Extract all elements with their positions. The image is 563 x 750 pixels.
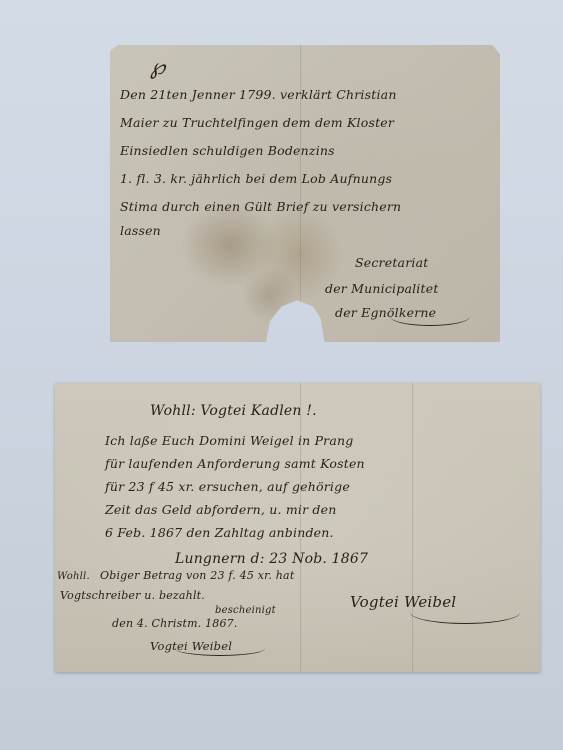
doc2-line-1: Ich laße Euch Domini Weigel in Prang: [105, 433, 353, 448]
doc1-signature-2: der Municipalitet: [325, 281, 439, 296]
doc2-line-3: für 23 f 45 xr. ersuchen, auf gehörige: [105, 479, 350, 494]
doc2-note-1: Obiger Betrag von 23 f. 45 xr. hat: [100, 569, 294, 582]
doc1-signature-1: Secretariat: [355, 255, 428, 270]
doc1-line-1: Den 21ten Jenner 1799. verklärt Christia…: [120, 87, 397, 102]
note-signature-flourish: [175, 641, 265, 656]
document-1799: ℘ Den 21ten Jenner 1799. verklärt Christ…: [110, 45, 500, 342]
doc2-note-margin: Wohll.: [57, 571, 90, 582]
doc2-note-2: Vogtschreiber u. bezahlt.: [60, 589, 205, 602]
doc2-salutation: Wohll: Vogtei Kadlen !.: [150, 403, 317, 419]
doc1-line-2: Maier zu Truchtelfingen dem dem Kloster: [120, 115, 394, 130]
doc2-date-line: Lungnern d: 23 Nob. 1867: [175, 551, 368, 567]
doc1-line-6: lassen: [120, 223, 161, 238]
doc2-line-2: für laufenden Anforderung samt Kosten: [105, 456, 365, 471]
doc2-line-4: Zeit das Geld abfordern, u. mir den: [105, 502, 336, 517]
doc2-note-3: bescheinigt: [215, 605, 276, 616]
signature-flourish: [410, 601, 520, 624]
doc2-note-4: den 4. Christm. 1867.: [112, 617, 238, 630]
doc1-line-3: Einsiedlen schuldigen Bodenzins: [120, 143, 335, 158]
fold-crease: [412, 383, 413, 672]
initial-flourish: ℘: [150, 55, 166, 80]
doc1-line-5: Stima durch einen Gült Brief zu versiche…: [120, 199, 401, 214]
doc2-line-5: 6 Feb. 1867 den Zahltag anbinden.: [105, 525, 334, 540]
signature-flourish: [390, 307, 470, 326]
doc1-line-4: 1. fl. 3. kr. jährlich bei dem Lob Aufnu…: [120, 171, 392, 186]
document-1867: Wohll: Vogtei Kadlen !. Ich laße Euch Do…: [55, 383, 540, 672]
